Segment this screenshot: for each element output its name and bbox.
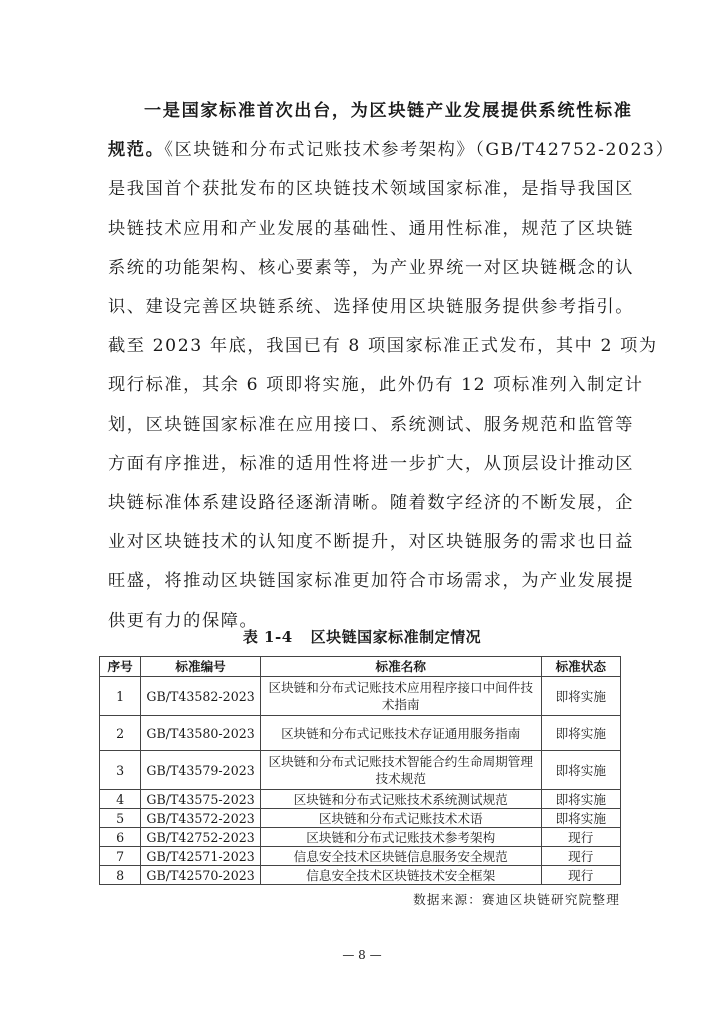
table-header-row: 序号 标准编号 标准名称 标准状态 [100, 657, 621, 677]
header-code: 标准编号 [141, 657, 261, 677]
cell-no: 1 [100, 677, 141, 716]
body-paragraph: 一是国家标准首次出台，为区块链产业发展提供系统性标准 规范。《区块链和分布式记账… [108, 92, 620, 641]
lead-heading-end: 规范。 [108, 140, 164, 160]
table-row: 2 GB/T43580-2023 区块链和分布式记账技术存证通用服务指南 即将实… [100, 716, 621, 751]
text-line: 系统的功能架构、核心要素等，为产业界统一对区块链概念的认 [108, 249, 620, 288]
table-row: 4 GB/T43575-2023 区块链和分布式记账技术系统测试规范 即将实施 [100, 790, 621, 809]
cell-no: 3 [100, 751, 141, 790]
header-status: 标准状态 [541, 657, 620, 677]
cell-code: GB/T43572-2023 [141, 809, 261, 828]
standards-table: 序号 标准编号 标准名称 标准状态 1 GB/T43582-2023 区块链和分… [99, 656, 621, 885]
cell-name: 区块链和分布式记账技术智能合约生命周期管理技术规范 [260, 751, 541, 790]
cell-name: 区块链和分布式记账技术参考架构 [260, 828, 541, 847]
cell-name: 区块链和分布式记账技术系统测试规范 [260, 790, 541, 809]
cell-name: 信息安全技术区块链信息服务安全规范 [260, 847, 541, 866]
text-line: 划，区块链国家标准在应用接口、系统测试、服务规范和监管等 [108, 406, 620, 445]
page-number: — 8 — [0, 948, 724, 962]
cell-code: GB/T42571-2023 [141, 847, 261, 866]
cell-status: 现行 [541, 828, 620, 847]
cell-code: GB/T43582-2023 [141, 677, 261, 716]
text-line: 业对区块链技术的认知度不断提升，对区块链服务的需求也日益 [108, 523, 620, 562]
text-line: 块链技术应用和产业发展的基础性、通用性标准，规范了区块链 [108, 210, 620, 249]
cell-code: GB/T42752-2023 [141, 828, 261, 847]
text-line: 是我国首个获批发布的区块链技术领域国家标准，是指导我国区 [108, 170, 620, 209]
cell-name: 区块链和分布式记账技术术语 [260, 809, 541, 828]
cell-code: GB/T43575-2023 [141, 790, 261, 809]
text-line: 块链标准体系建设路径逐渐清晰。随着数字经济的不断发展，企 [108, 484, 620, 523]
header-no: 序号 [100, 657, 141, 677]
table-title: 区块链国家标准制定情况 [311, 628, 482, 646]
table-row: 6 GB/T42752-2023 区块链和分布式记账技术参考架构 现行 [100, 828, 621, 847]
cell-name: 区块链和分布式记账技术存证通用服务指南 [260, 716, 541, 751]
cell-status: 现行 [541, 866, 620, 885]
cell-code: GB/T43579-2023 [141, 751, 261, 790]
header-name: 标准名称 [260, 657, 541, 677]
cell-status: 即将实施 [541, 716, 620, 751]
cell-name: 信息安全技术区块链技术安全框架 [260, 866, 541, 885]
cell-status: 即将实施 [541, 677, 620, 716]
text-line: 旺盛，将推动区块链国家标准更加符合市场需求，为产业发展提 [108, 562, 620, 601]
cell-no: 6 [100, 828, 141, 847]
table-row: 3 GB/T43579-2023 区块链和分布式记账技术智能合约生命周期管理技术… [100, 751, 621, 790]
text-line: 现行标准，其余 6 项即将实施，此外仍有 12 项标准列入制定计 [108, 366, 620, 405]
text-line: 截至 2023 年底，我国已有 8 项国家标准正式发布，其中 2 项为 [108, 327, 620, 366]
data-source-note: 数据来源：赛迪区块链研究院整理 [413, 889, 620, 908]
line-text: 《区块链和分布式记账技术参考架构》（GB/T42752-2023） [164, 140, 674, 160]
cell-status: 即将实施 [541, 790, 620, 809]
cell-status: 现行 [541, 847, 620, 866]
cell-no: 5 [100, 809, 141, 828]
cell-code: GB/T42570-2023 [141, 866, 261, 885]
cell-status: 即将实施 [541, 751, 620, 790]
cell-status: 即将实施 [541, 809, 620, 828]
cell-no: 4 [100, 790, 141, 809]
lead-heading: 一是国家标准首次出台，为区块链产业发展提供系统性标准 [144, 101, 632, 121]
cell-no: 7 [100, 847, 141, 866]
cell-name: 区块链和分布式记账技术应用程序接口中间件技术指南 [260, 677, 541, 716]
table-caption: 表 1-4区块链国家标准制定情况 [0, 626, 724, 647]
cell-no: 8 [100, 866, 141, 885]
text-line: 方面有序推进，标准的适用性将进一步扩大，从顶层设计推动区 [108, 445, 620, 484]
table-row: 8 GB/T42570-2023 信息安全技术区块链技术安全框架 现行 [100, 866, 621, 885]
text-line: 识、建设完善区块链系统、选择使用区块链服务提供参考指引。 [108, 288, 620, 327]
table-number: 表 1-4 [243, 628, 293, 646]
table-row: 1 GB/T43582-2023 区块链和分布式记账技术应用程序接口中间件技术指… [100, 677, 621, 716]
cell-code: GB/T43580-2023 [141, 716, 261, 751]
text-line: 一是国家标准首次出台，为区块链产业发展提供系统性标准 [108, 92, 620, 131]
text-line: 规范。《区块链和分布式记账技术参考架构》（GB/T42752-2023） [108, 131, 620, 170]
table-row: 5 GB/T43572-2023 区块链和分布式记账技术术语 即将实施 [100, 809, 621, 828]
table-row: 7 GB/T42571-2023 信息安全技术区块链信息服务安全规范 现行 [100, 847, 621, 866]
cell-no: 2 [100, 716, 141, 751]
